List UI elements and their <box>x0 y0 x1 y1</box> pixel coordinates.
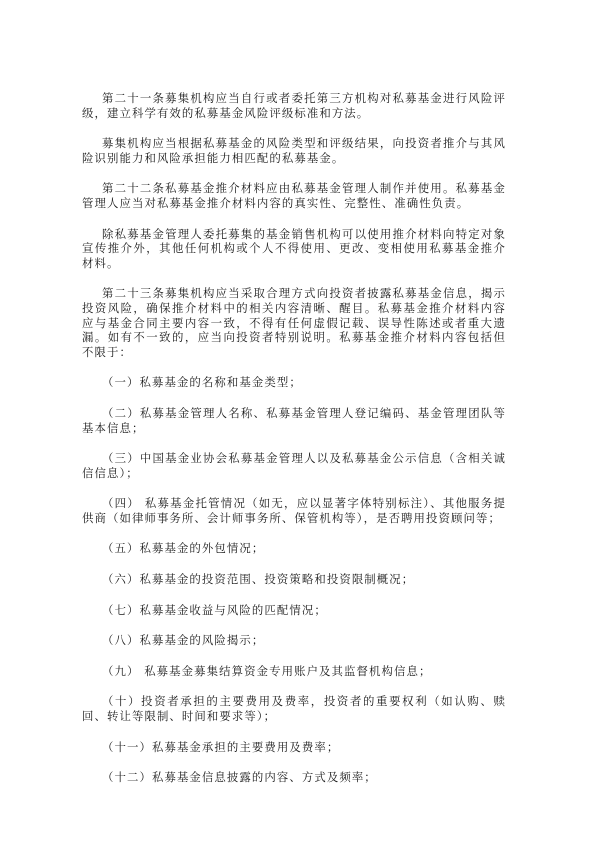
article-21-paragraph: 第二十一条募集机构应当自行或者委托第三方机构对私募基金进行风险评级，建立科学有效… <box>82 91 506 120</box>
paragraph-gap <box>82 587 506 603</box>
paragraph-gap <box>82 648 506 664</box>
article-21-paragraph-2: 募集机构应当根据私募基金的风险类型和评级结果，向投资者推介与其风险识别能力和风险… <box>82 136 506 165</box>
list-item-3: （三）中国基金业协会私募基金管理人以及私募基金公示信息（含相关诚信信息）； <box>82 451 506 480</box>
list-item-11: （十一）私募基金承担的主要费用及费率； <box>82 740 506 755</box>
paragraph-gap <box>82 678 506 694</box>
paragraph-gap <box>82 120 506 136</box>
article-22-paragraph: 第二十二条私募基金推介材料应由私募基金管理人制作并使用。私募基金管理人应当对私募… <box>82 181 506 210</box>
paragraph-gap <box>82 359 506 375</box>
paragraph-gap <box>82 556 506 572</box>
article-23-paragraph: 第二十三条募集机构应当采取合理方式向投资者披露私募基金信息，揭示投资风险，确保推… <box>82 286 506 359</box>
paragraph-gap <box>82 754 506 770</box>
paragraph-gap <box>82 525 506 541</box>
list-item-8: （八）私募基金的风险揭示； <box>82 633 506 648</box>
list-item-7: （七）私募基金收益与风险的匹配情况； <box>82 603 506 618</box>
paragraph-gap <box>82 211 506 227</box>
paragraph-gap <box>82 480 506 496</box>
paragraph-gap <box>82 435 506 451</box>
document-page: 第二十一条募集机构应当自行或者委托第三方机构对私募基金进行风险评级，建立科学有效… <box>82 91 506 785</box>
list-item-12: （十二）私募基金信息披露的内容、方式及频率； <box>82 770 506 785</box>
paragraph-gap <box>82 724 506 740</box>
paragraph-gap <box>82 390 506 406</box>
list-item-1: （一）私募基金的名称和基金类型； <box>82 375 506 390</box>
article-22-paragraph-2: 除私募基金管理人委托募集的基金销售机构可以使用推介材料向特定对象宣传推介外，其他… <box>82 227 506 271</box>
list-item-6: （六）私募基金的投资范围、投资策略和投资限制概况； <box>82 572 506 587</box>
paragraph-gap <box>82 270 506 286</box>
list-item-5: （五）私募基金的外包情况； <box>82 541 506 556</box>
list-item-2: （二）私募基金管理人名称、私募基金管理人登记编码、基金管理团队等基本信息； <box>82 406 506 435</box>
list-item-4: （四） 私募基金托管情况（如无，应以显著字体特别标注）、其他服务提供商（如律师事… <box>82 496 506 525</box>
list-item-10: （十）投资者承担的主要费用及费率，投资者的重要权利（如认购、赎回、转让等限制、时… <box>82 694 506 723</box>
paragraph-gap <box>82 617 506 633</box>
list-item-9: （九） 私募基金募集结算资金专用账户及其监督机构信息； <box>82 664 506 679</box>
paragraph-gap <box>82 165 506 181</box>
